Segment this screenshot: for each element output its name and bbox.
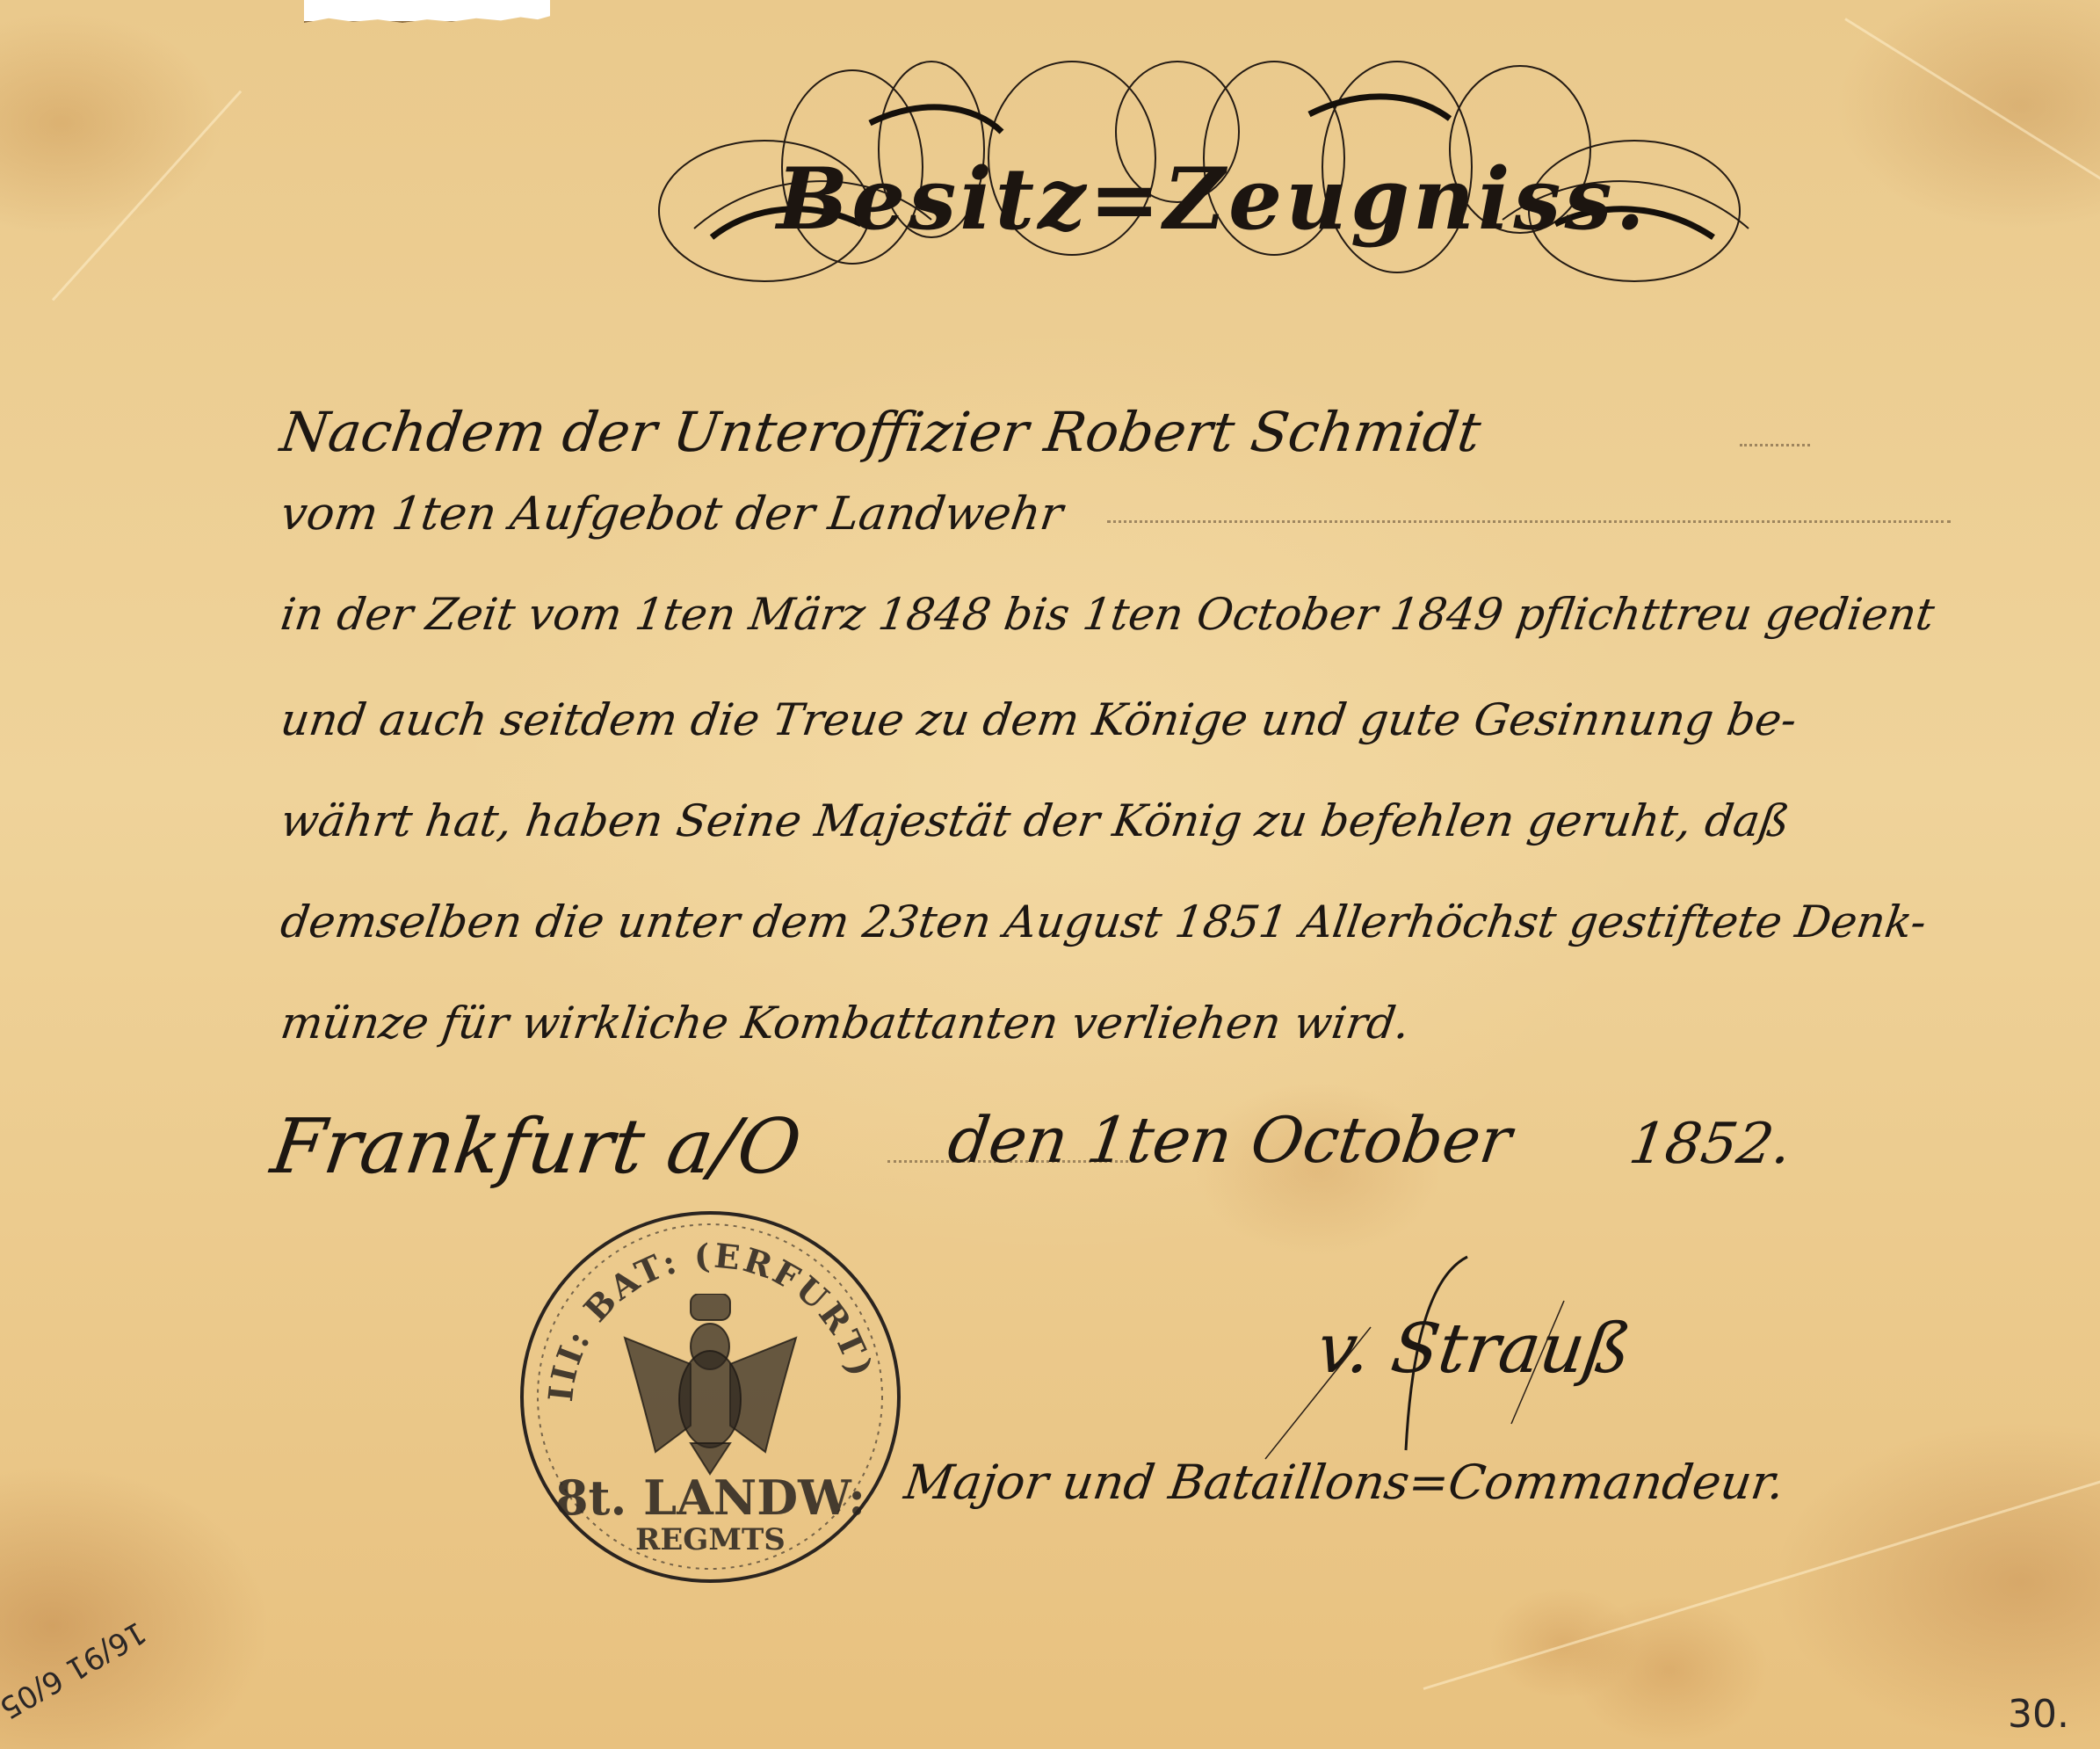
title-block: Besitz=Zeugniss. — [641, 35, 1784, 325]
body-line-7: münze für wirkliche Kombattanten verlieh… — [278, 998, 1413, 1049]
body-line-6: demselben die unter dem 23ten August 185… — [278, 896, 1930, 947]
eagle-icon — [607, 1294, 814, 1478]
body-line-5: währt hat, haben Seine Majestät der Köni… — [278, 795, 1792, 846]
year-text: 1852. — [1626, 1112, 1796, 1177]
body-line-1: Nachdem der Unteroffizier Robert Schmidt — [277, 400, 1485, 464]
place-text: Frankfurt a/O — [266, 1103, 807, 1191]
body-line-2: vom 1ten Aufgebot der Landwehr — [278, 488, 1066, 541]
signature-flourish-icon — [1248, 1248, 1617, 1477]
regiment-seal-stamp: III: BAT: (ERFURT) 8t. LANDW: REGMTS — [520, 1211, 901, 1583]
signer-title: Major und Bataillons=Commandeur. — [902, 1455, 1788, 1510]
dotted-fill-line — [1740, 444, 1810, 446]
dotted-fill-line — [1107, 520, 1951, 523]
archive-note-bottom-right: 30. — [2008, 1692, 2069, 1737]
body-line-3: in der Zeit vom 1ten März 1848 bis 1ten … — [278, 589, 1937, 640]
date-text: den 1ten October — [944, 1103, 1516, 1177]
body-line-4: und auch seitdem die Treue zu dem Könige… — [278, 694, 1799, 745]
seal-line-2: REGMTS — [524, 1522, 897, 1557]
seal-line-1: 8t. LANDW: — [524, 1470, 897, 1526]
document-title: Besitz=Zeugniss. — [641, 149, 1784, 249]
